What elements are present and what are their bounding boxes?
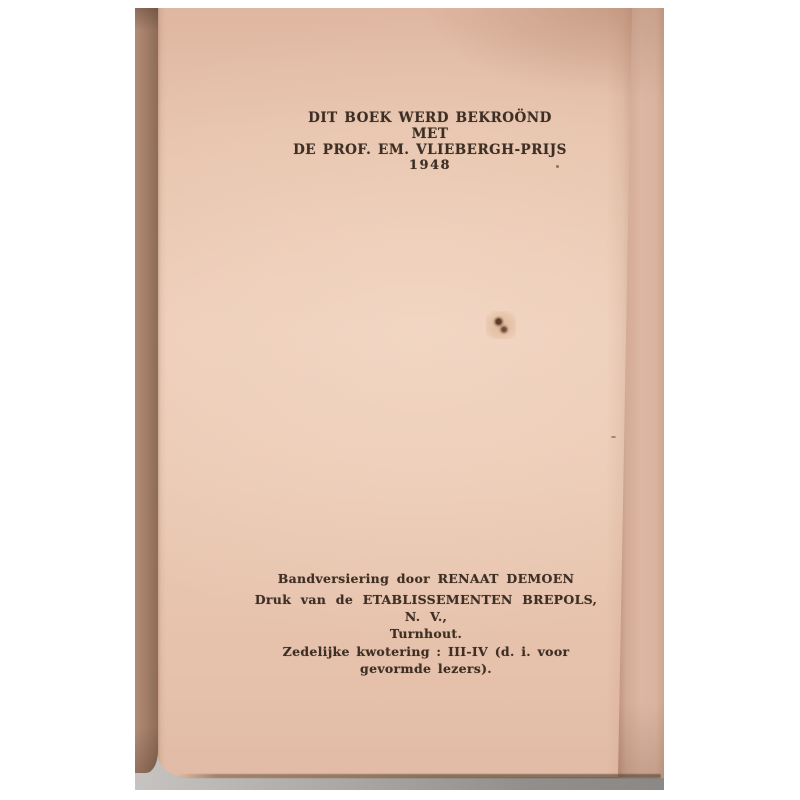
colophon-line-binding: Bandversiering door RENAAT DEMOEN [246, 570, 606, 587]
ink-speck [611, 436, 616, 438]
award-block: DIT BOEK WERD BEKROÖND MET DE PROF. EM. … [290, 110, 570, 174]
award-line-1: DIT BOEK WERD BEKROÖND MET [290, 110, 570, 142]
colophon-line-city: Turnhout. [246, 625, 606, 642]
award-line-2: DE PROF. EM. VLIEBERGH-PRIJS [290, 142, 570, 158]
ink-speck [556, 165, 559, 168]
page-bottom-edge-shadow [177, 774, 661, 778]
colophon-line-rating: Zedelijke kwotering : III-IV (d. i. voor… [246, 643, 606, 677]
colophon-block: Bandversiering door RENAAT DEMOEN Druk v… [246, 570, 606, 677]
foxing-stain [486, 311, 516, 339]
colophon-line-printer: Druk van de ETABLISSEMENTEN BREPOLS, N. … [246, 591, 606, 625]
award-year: 1948 [290, 158, 570, 174]
page-edge-strip [135, 8, 158, 773]
scan-region: DIT BOEK WERD BEKROÖND MET DE PROF. EM. … [135, 8, 664, 790]
